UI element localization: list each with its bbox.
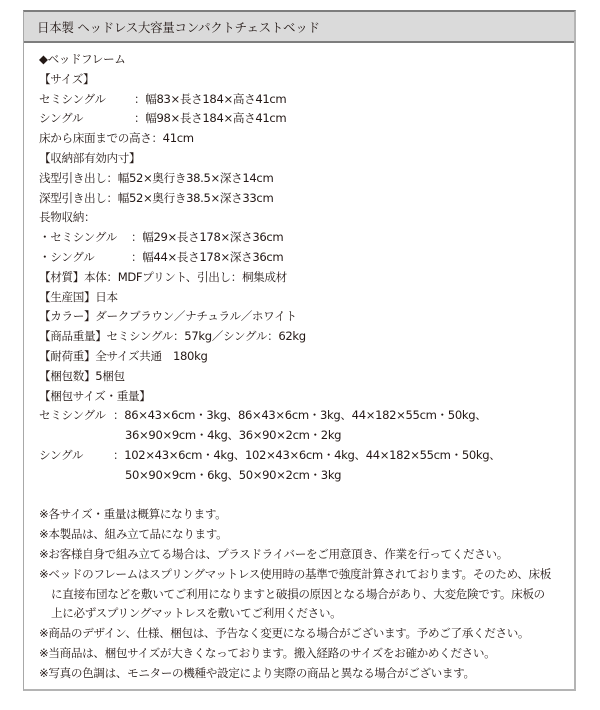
product-title: 日本製 ヘッドレス大容量コンパクトチェストベッド: [37, 18, 320, 36]
packing-line: ：102×43×6cm・4kg、102×43×6cm・4kg、44×182×55…: [113, 446, 501, 466]
packing-row-semi-single: セミシングル ：86×43×6cm・3kg、86×43×6cm・3kg、44×1…: [39, 406, 574, 446]
size-sep: ：: [134, 90, 145, 110]
packing-row-single: シングル ：102×43×6cm・4kg、102×43×6cm・4kg、44×1…: [39, 446, 574, 486]
country-of-origin: 【生産国】日本: [39, 288, 574, 308]
note: ※本製品は、組み立て品になります。: [39, 525, 574, 545]
packing-line: ：86×43×6cm・3kg、86×43×6cm・3kg、44×182×55cm…: [113, 406, 486, 426]
size-name: セミシングル: [39, 90, 134, 110]
spec-body: ◆ベッドフレーム 【サイズ】 セミシングル：幅83×長さ184×高さ41cm シ…: [24, 43, 574, 684]
size-value: 幅83×長さ184×高さ41cm: [145, 90, 286, 110]
note: ※各サイズ・重量は概算になります。: [39, 505, 574, 525]
note: ※商品のデザイン、仕様、梱包は、予告なく変更になる場合がございます。予めご了承く…: [39, 624, 574, 644]
size-sep: ：: [134, 109, 145, 129]
long-storage-name: ・シングル: [39, 248, 131, 268]
spacer: [39, 486, 574, 506]
note: ※お客様自身で組み立てる場合は、プラスドライバーをご用意頂き、作業を行ってくださ…: [39, 545, 574, 565]
long-storage-value: 幅29×長さ178×深さ36cm: [142, 228, 283, 248]
packing-size-name: セミシングル: [39, 406, 113, 426]
note: ※ベッドのフレームはスプリングマットレス使用時の基準で強度計算されております。そ…: [39, 565, 574, 585]
long-storage-value: 幅44×長さ178×深さ36cm: [142, 248, 283, 268]
material: 【材質】本体：MDFプリント、引出し：桐集成材: [39, 268, 574, 288]
packing-line: 36×90×9cm・4kg、36×90×2cm・2kg: [113, 426, 486, 446]
size-name: シングル: [39, 109, 134, 129]
shallow-drawer: 浅型引き出し：幅52×奥行き38.5×深さ14cm: [39, 169, 574, 189]
product-weight: 【商品重量】セミシングル：57kg／シングル：62kg: [39, 327, 574, 347]
long-storage-name: ・セミシングル: [39, 228, 131, 248]
size-value: 幅98×長さ184×高さ41cm: [145, 109, 286, 129]
packing-label: 【梱包サイズ・重量】: [39, 387, 574, 407]
note: ※写真の色調は、モニターの機種や設定により実際の商品と異なる場合がございます。: [39, 664, 574, 684]
spec-table: 日本製 ヘッドレス大容量コンパクトチェストベッド ◆ベッドフレーム 【サイズ】 …: [23, 10, 576, 691]
size-row-single: シングル：幅98×長さ184×高さ41cm: [39, 109, 574, 129]
packing-line: 50×90×9cm・6kg、50×90×2cm・3kg: [113, 466, 501, 486]
note-continuation: に直接布団などを敷いてご利用になりますと破損の原因となる場合があり、大変危険です…: [39, 585, 574, 605]
spec-header: 日本製 ヘッドレス大容量コンパクトチェストベッド: [24, 12, 574, 43]
colors: 【カラー】ダークブラウン／ナチュラル／ホワイト: [39, 307, 574, 327]
package-count: 【梱包数】5梱包: [39, 367, 574, 387]
long-storage-sep: ：: [131, 228, 142, 248]
section-heading-bed-frame: ◆ベッドフレーム: [39, 50, 574, 70]
long-storage-label: 長物収納：: [39, 208, 574, 228]
note: ※当商品は、梱包サイズが大きくなっております。搬入経路のサイズをお確かめください…: [39, 644, 574, 664]
load-capacity: 【耐荷重】全サイズ共通 180kg: [39, 347, 574, 367]
long-storage-sep: ：: [131, 248, 142, 268]
deep-drawer: 深型引き出し：幅52×奥行き38.5×深さ33cm: [39, 189, 574, 209]
storage-label: 【収納部有効内寸】: [39, 149, 574, 169]
long-storage-single: ・シングル：幅44×長さ178×深さ36cm: [39, 248, 574, 268]
long-storage-semi-single: ・セミシングル：幅29×長さ178×深さ36cm: [39, 228, 574, 248]
size-row-semi-single: セミシングル：幅83×長さ184×高さ41cm: [39, 90, 574, 110]
packing-size-name: シングル: [39, 446, 113, 466]
note-continuation: 上に必ずスプリングマットレスを敷いてご利用ください。: [39, 604, 574, 624]
size-label: 【サイズ】: [39, 70, 574, 90]
floor-height: 床から床面までの高さ：41cm: [39, 129, 574, 149]
